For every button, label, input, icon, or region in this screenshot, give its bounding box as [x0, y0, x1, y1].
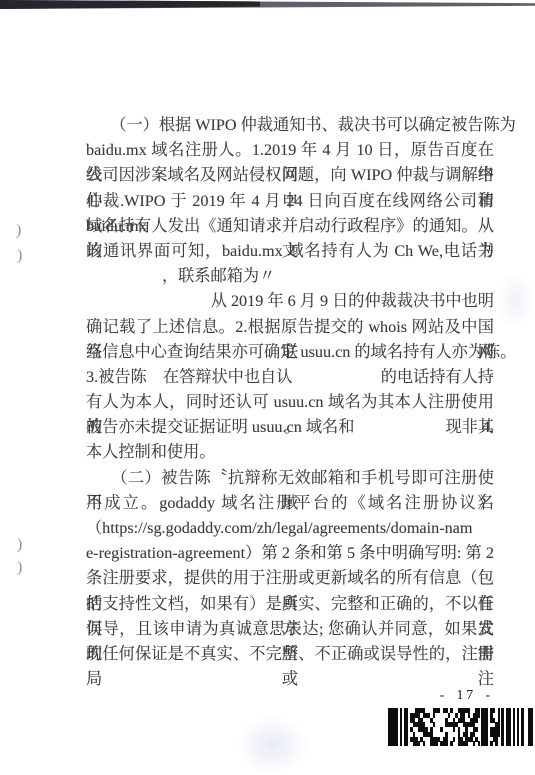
text-line: 误导，且该申请为真诚意思表达; 您确认并同意，如果发现所需 — [86, 617, 494, 642]
text-line: （二）被告陈〝抗辩称无效邮箱和手机号即可注册使用域名 — [86, 466, 494, 491]
scan-edge-artifact — [0, 0, 535, 12]
barcode — [388, 708, 533, 746]
text-line: 3.被告陈 在答辩状中也自认的电话持有人持 — [86, 365, 494, 390]
scan-smudge — [496, 270, 535, 330]
text-line: baidu.mx 域名注册人。1.2019 年 4 月 10 日，原告百度在线网… — [86, 138, 494, 163]
text-block: （一）根据 WIPO 仲裁通知书、裁决书可以确定被告陈为baidu.mx 域名注… — [86, 113, 494, 667]
margin-mark: ) — [17, 247, 23, 265]
text-line: 确记载了上述信息。2.根据原告提交的 whois 网站及中国互联网 — [86, 315, 494, 340]
text-line: 的通讯界面可知，baidu.mx 域名持有人为 Ch We,电话为 — [86, 239, 494, 264]
text-line: （一）根据 WIPO 仲裁通知书、裁决书可以确定被告陈为 — [86, 113, 494, 138]
document-page: { "document": { "lines": [ {"type": "spl… — [0, 0, 535, 775]
text-line: 从 2019 年 6 月 9 日的仲裁裁决书中也明 — [86, 289, 494, 314]
text-line: 仲裁.WIPO 于 2019 年 4 月 24 日向百度在线网络公司和 baid… — [86, 189, 494, 214]
margin-mark: ) — [17, 536, 23, 554]
scan-smudge — [235, 715, 310, 775]
text-line: 本人控制和使用。 — [86, 440, 494, 465]
text-line: 的任何保证是不真实、不完整、不正确或误导性的，注册局或注 — [86, 642, 494, 667]
page-number: - 17 - — [440, 687, 493, 703]
text-line: （https://sg.godaddy.com/zh/legal/agreeme… — [86, 516, 494, 541]
text-line: 域名持有人发出《通知请求并启动行政程序》的通知。从该文书 — [86, 214, 494, 239]
text-line: e-registration-agreement）第 2 条和第 5 条中明确写… — [86, 541, 494, 566]
text-line: 公司因涉案域名及网站侵权问题，向 WIPO 仲裁与调解中心申请 — [86, 163, 494, 188]
text-line: 不成立。godaddy 域名注册平台的《域名注册协议》 — [86, 491, 494, 516]
text-line: 的支持性文档，如果有）是真实、完整和正确的，不以任何方式 — [86, 592, 494, 617]
text-line: 有人为本人，同时还认可 usuu.cn 域名为其本人注册使用的。4. — [86, 390, 494, 415]
text-line: 条注册要求，提供的用于注册或更新域名的所有信息（包括所有 — [86, 566, 494, 591]
text-line: ，联系邮箱为〃 — [86, 264, 494, 289]
margin-mark: ) — [16, 222, 22, 240]
margin-mark: ) — [17, 559, 23, 577]
text-line: 络信息中心查询结果亦可确定 usuu.cn 的域名持有人亦为陈。 — [86, 340, 494, 365]
